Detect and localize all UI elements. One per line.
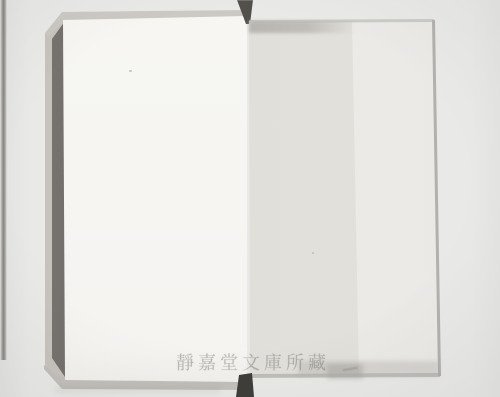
spine-gutter-line [0,0,7,360]
library-watermark-text: 靜嘉堂文庫所藏 [176,354,330,373]
photo-backdrop: 靜嘉堂文庫所藏 [0,0,500,397]
book-cast-shadow [55,387,220,393]
paper-speck [312,252,314,254]
paper-speck [129,70,132,72]
